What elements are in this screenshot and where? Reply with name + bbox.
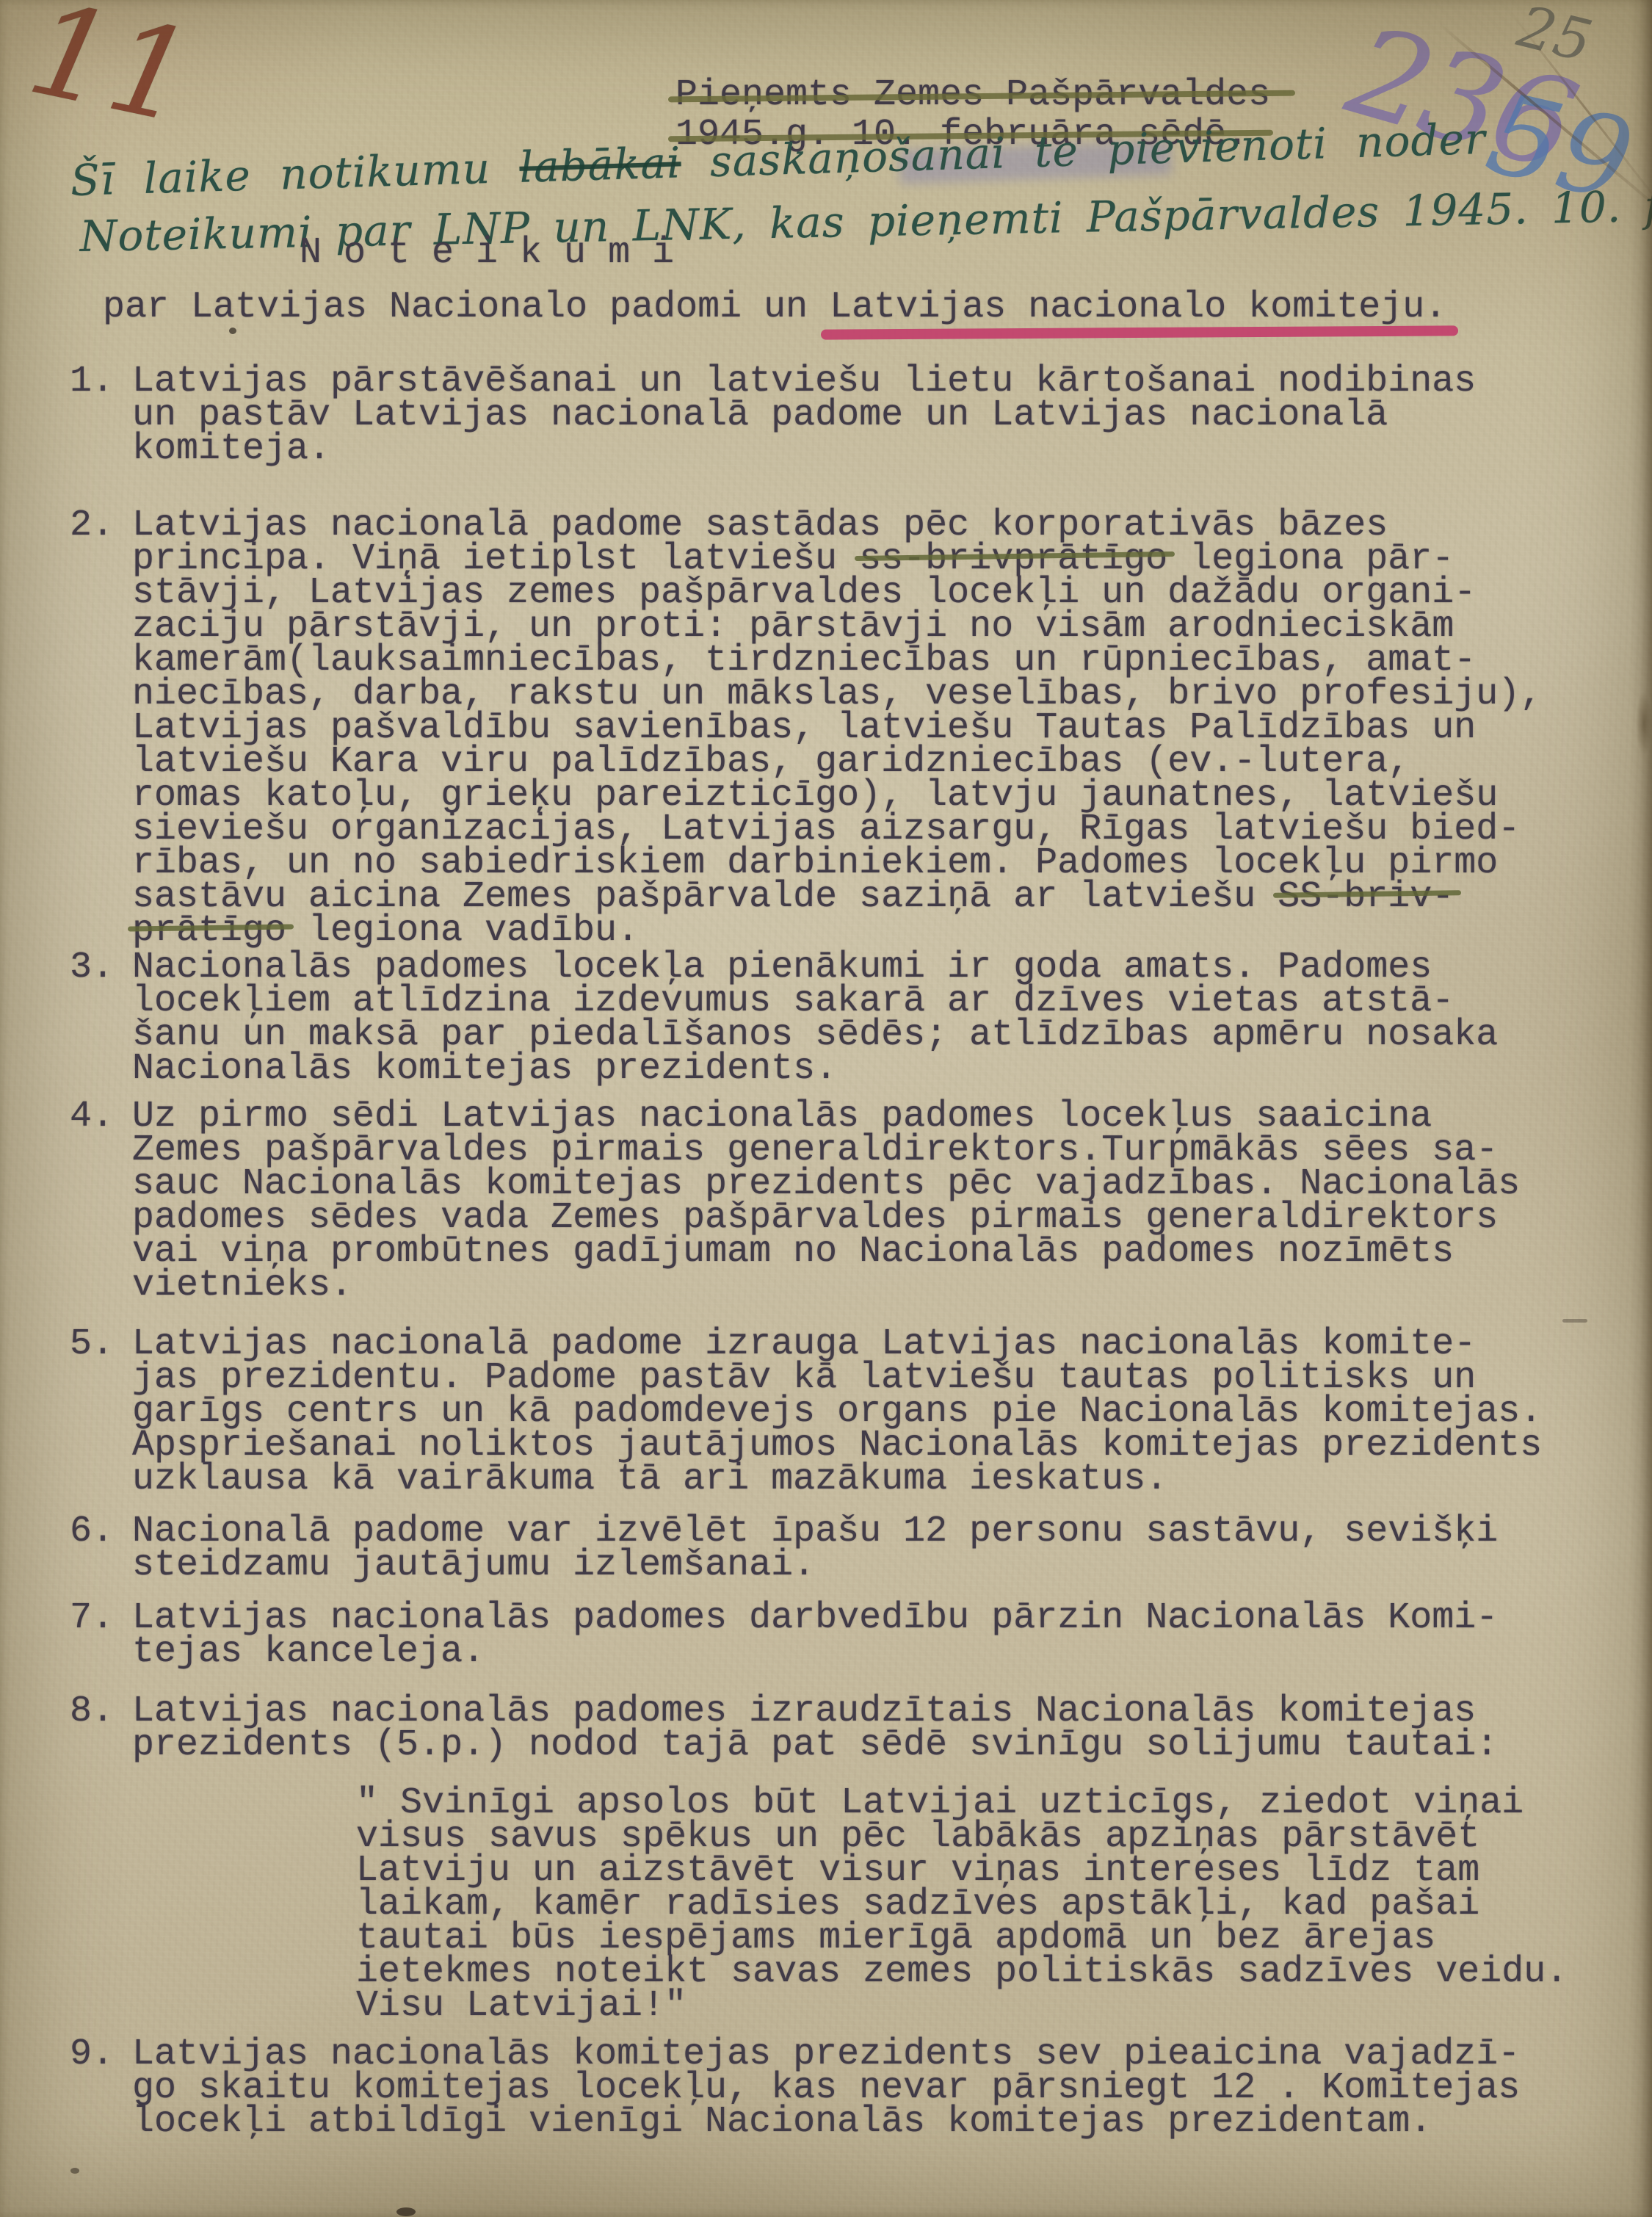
paragraph-4: 4. Uz pirmo sēdi Latvijas nacionalās pad… xyxy=(70,1100,1593,1303)
paragraph-number: 9. xyxy=(70,2038,114,2072)
typed-line: Nacionalās komitejas prezidents. xyxy=(132,1052,1593,1086)
paragraph-body: Nacionalās padomes locekļa pienākumi ir … xyxy=(132,951,1593,1086)
paragraph-6: 6. Nacionalā padome var izvēlēt īpašu 12… xyxy=(70,1515,1593,1583)
typed-text: legiona vadību. xyxy=(286,910,639,952)
typed-line: tejas kanceleja. xyxy=(132,1635,1593,1669)
subtitle-text: par Latvijas Nacionalo padomi un xyxy=(103,286,830,328)
typed-text: tejas kanceleja. xyxy=(132,1631,485,1673)
typed-line: prātīgo legiona vadību. xyxy=(132,914,1593,948)
document-page: 11 25 236 59 Pieņemts Zemes Pašpārvaldes… xyxy=(0,0,1652,2217)
paragraph-1: 1. Latvijas pārstāvēšanai un latviešu li… xyxy=(70,365,1593,466)
subtitle-underlined-text: Latvijas nacionalo komiteju. xyxy=(830,291,1446,325)
handwritten-struck-text: labākai xyxy=(518,137,681,192)
paragraph-number: 5. xyxy=(70,1328,114,1361)
paragraph-body: Latvijas nacionalās komitejas prezidents… xyxy=(132,2038,1593,2139)
paragraph-7: 7. Latvijas nacionalās padomes darbvedīb… xyxy=(70,1602,1593,1669)
paper-crack xyxy=(1562,1319,1587,1323)
ink-speck xyxy=(70,2168,79,2174)
paragraph-number: 7. xyxy=(70,1602,114,1635)
paragraph-body: Latvijas nacionalā padome sastādas pēc k… xyxy=(132,509,1593,948)
edge-stain xyxy=(396,2207,416,2216)
paragraph-5: 5. Latvijas nacionalā padome izrauga Lat… xyxy=(70,1328,1593,1497)
paragraph-body: Uz pirmo sēdi Latvijas nacionalās padome… xyxy=(132,1100,1593,1303)
typed-line: vietnieks. xyxy=(132,1269,1593,1303)
paragraph-number: 2. xyxy=(70,509,114,543)
typed-text: steidzamu jautājumu izlemšanai. xyxy=(132,1544,815,1586)
paragraph-9: 9. Latvijas nacionalās komitejas prezide… xyxy=(70,2038,1593,2139)
paragraph-number: 1. xyxy=(70,365,114,399)
typed-line: prezidents (5.p.) nodod tajā pat sēdē sv… xyxy=(132,1729,1593,1762)
paragraph-number: 3. xyxy=(70,951,114,985)
paragraph-body: Latvijas nacionalā padome izrauga Latvij… xyxy=(132,1328,1593,1497)
paragraph-8: 8. Latvijas nacionalās padomes izraudzīt… xyxy=(70,1695,1593,1762)
struck-text: SS-briv- xyxy=(1278,876,1454,918)
document-title: N o t e i k u m i xyxy=(300,236,674,270)
paragraph-number: 6. xyxy=(70,1515,114,1549)
typed-line: un pastāv Latvijas nacionalā padome un L… xyxy=(132,399,1593,433)
paragraph-body: Latvijas pārstāvēšanai un latviešu lietu… xyxy=(132,365,1593,466)
typed-text: Visu Latvijai!" xyxy=(356,1985,686,2027)
paragraph-3: 3. Nacionalās padomes locekļa pienākumi … xyxy=(70,951,1593,1086)
typed-line: Visu Latvijai!" xyxy=(356,1989,1593,2023)
ink-speck xyxy=(229,328,236,334)
crossed-header-line: Pieņemts Zemes Pašpārvaldes xyxy=(675,76,1270,115)
typed-text: locekļi atbildīgi vienīgi Nacionalās kom… xyxy=(132,2101,1432,2143)
typed-line: steidzamu jautājumu izlemšanai. xyxy=(132,1549,1593,1583)
struck-text: ss-brivprātīgo xyxy=(859,538,1167,580)
paragraph-body: Latvijas nacionalās padomes izraudzītais… xyxy=(132,1695,1593,1762)
top-left-ink-mark: 11 xyxy=(17,0,205,153)
typed-line: uzklausa kā vairākuma tā ari mazākuma ie… xyxy=(132,1463,1593,1497)
handwritten-text: Šī laike notikumu xyxy=(70,142,520,206)
paragraph-body: Latvijas nacionalās padomes darbvedību p… xyxy=(132,1602,1593,1669)
paragraph-number: 8. xyxy=(70,1695,114,1729)
typed-text: prezidents (5.p.) nodod tajā pat sēdē sv… xyxy=(132,1724,1498,1766)
document-subtitle: par Latvijas Nacionalo padomi un Latvija… xyxy=(103,291,1446,325)
crossed-text: Pieņemts Zemes Pašpārvaldes xyxy=(675,76,1270,115)
typed-line: locekļi atbildīgi vienīgi Nacionalās kom… xyxy=(132,2105,1593,2139)
typed-text: vietnieks. xyxy=(132,1265,352,1306)
oath-quote-block: " Svinīgi apsolos būt Latvijai uzticīgs,… xyxy=(70,1787,1593,2023)
paragraph-2: 2. Latvijas nacionalā padome sastādas pē… xyxy=(70,509,1593,948)
paragraph-body: Nacionalā padome var izvēlēt īpašu 12 pe… xyxy=(132,1515,1593,1583)
typed-text: komiteja. xyxy=(132,428,330,470)
typed-text: uzklausa kā vairākuma tā ari mazākuma ie… xyxy=(132,1458,1167,1500)
quote-body: " Svinīgi apsolos būt Latvijai uzticīgs,… xyxy=(356,1787,1593,2023)
page-right-edge-shadow xyxy=(1630,0,1652,2217)
typed-line: komiteja. xyxy=(132,433,1593,466)
struck-text: prātīgo xyxy=(132,910,286,952)
typed-text: Nacionalās komitejas prezidents. xyxy=(132,1048,837,1090)
paragraph-number: 4. xyxy=(70,1100,114,1134)
